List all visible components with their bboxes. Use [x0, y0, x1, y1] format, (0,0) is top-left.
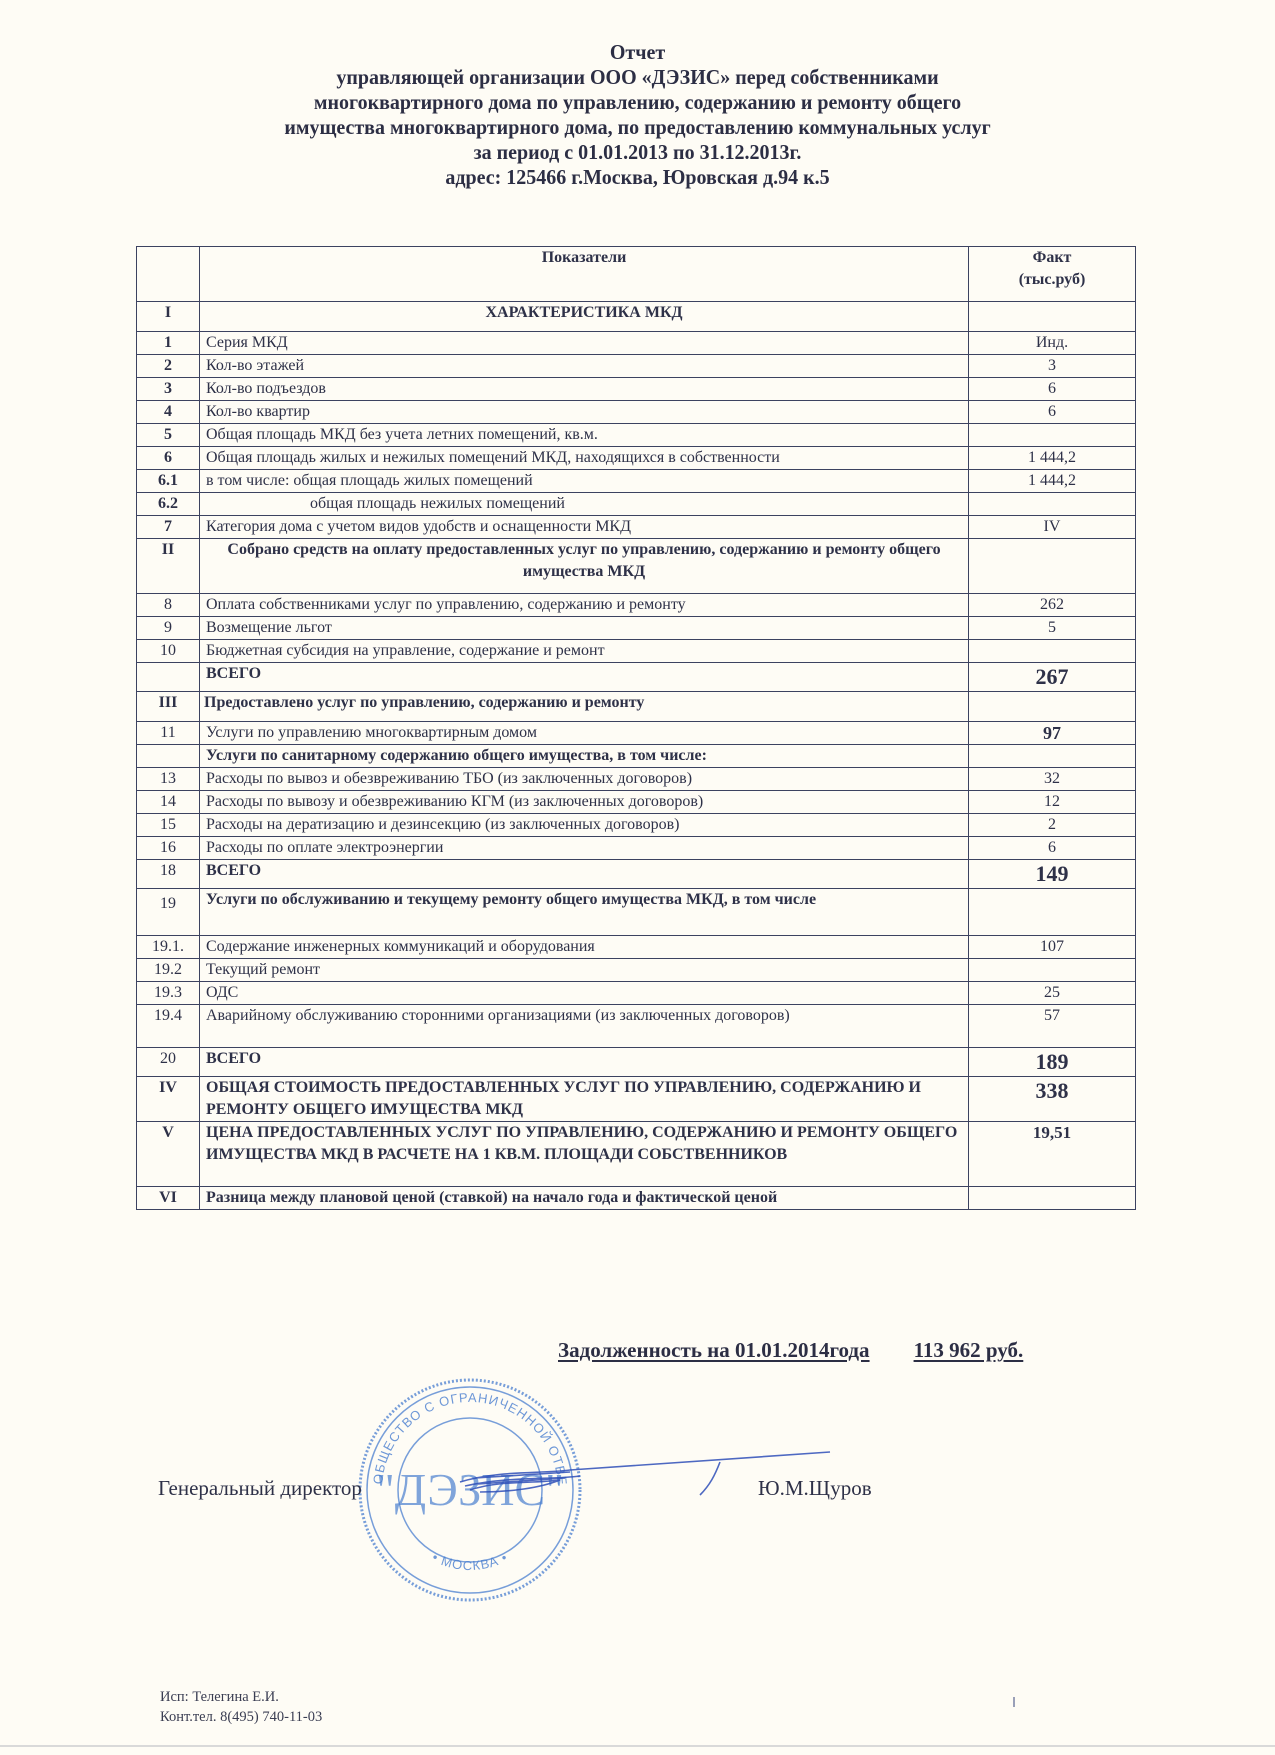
row-value: 57: [969, 1005, 1136, 1048]
row-indicator: Собрано средств на оплату предоставленны…: [200, 539, 969, 594]
row-number: 19: [137, 889, 200, 936]
row-number: 7: [137, 516, 200, 539]
scan-edge: [0, 1745, 1275, 1747]
row-indicator: Расходы на дератизацию и дезинсекцию (из…: [200, 814, 969, 837]
row-indicator: Услуги по управлению многоквартирным дом…: [200, 722, 969, 745]
row-indicator: Серия МКД: [200, 332, 969, 355]
footer-contacts: Исп: Телегина Е.И. Конт.тел. 8(495) 740-…: [160, 1687, 322, 1727]
row-indicator: ХАРАКТЕРИСТИКА МКД: [200, 302, 969, 332]
row-value: 6: [969, 837, 1136, 860]
table-body: IХАРАКТЕРИСТИКА МКД1Серия МКДИнд.2Кол-во…: [137, 302, 1136, 1210]
row-number: 19.3: [137, 982, 200, 1005]
table-row: 9Возмещение льгот5: [137, 617, 1136, 640]
header-indicators: Показатели: [200, 247, 969, 302]
row-indicator: ЦЕНА ПРЕДОСТАВЛЕННЫХ УСЛУГ ПО УПРАВЛЕНИЮ…: [200, 1122, 969, 1187]
report-table: Показатели Факт (тыс.руб) IХАРАКТЕРИСТИК…: [136, 246, 1136, 1210]
table-row: 7Категория дома с учетом видов удобств и…: [137, 516, 1136, 539]
row-indicator: Общая площадь МКД без учета летних помещ…: [200, 424, 969, 447]
row-number: 16: [137, 837, 200, 860]
row-indicator: Кол-во этажей: [200, 355, 969, 378]
row-number: 19.1.: [137, 936, 200, 959]
table-row: 10Бюджетная субсидия на управление, соде…: [137, 640, 1136, 663]
row-number: III: [137, 692, 200, 722]
table-row: 19.2Текущий ремонт: [137, 959, 1136, 982]
table-row: 5Общая площадь МКД без учета летних поме…: [137, 424, 1136, 447]
table-row: 3Кол-во подъездов6: [137, 378, 1136, 401]
svg-text:• МОСКВА •: • МОСКВА •: [430, 1549, 511, 1573]
row-indicator: ОДС: [200, 982, 969, 1005]
table-header: Показатели Факт (тыс.руб): [137, 247, 1136, 302]
contact-phone: Конт.тел. 8(495) 740-11-03: [160, 1707, 322, 1727]
table-row: 6.2общая площадь нежилых помещений: [137, 493, 1136, 516]
title-line: имущества многоквартирного дома, по пред…: [175, 115, 1100, 140]
row-value: [969, 424, 1136, 447]
row-indicator: общая площадь нежилых помещений: [200, 493, 969, 516]
row-indicator: Категория дома с учетом видов удобств и …: [200, 516, 969, 539]
title-line: управляющей организации ООО «ДЭЗИС» пере…: [175, 65, 1100, 90]
table-row: 19Услуги по обслуживанию и текущему ремо…: [137, 889, 1136, 936]
debt-amount: 113 962 руб.: [914, 1338, 1024, 1362]
row-indicator: Услуги по обслуживанию и текущему ремонт…: [200, 889, 969, 936]
row-number: 6.2: [137, 493, 200, 516]
table-row: 14Расходы по вывозу и обезвреживанию КГМ…: [137, 791, 1136, 814]
row-value: [969, 692, 1136, 722]
table-row: VЦЕНА ПРЕДОСТАВЛЕННЫХ УСЛУГ ПО УПРАВЛЕНИ…: [137, 1122, 1136, 1187]
row-indicator: Текущий ремонт: [200, 959, 969, 982]
row-indicator: Кол-во подъездов: [200, 378, 969, 401]
row-number: 9: [137, 617, 200, 640]
row-indicator: Разница между плановой ценой (ставкой) н…: [200, 1187, 969, 1210]
row-number: VI: [137, 1187, 200, 1210]
row-indicator: Кол-во квартир: [200, 401, 969, 424]
row-value: 12: [969, 791, 1136, 814]
table-row: 19.3ОДС25: [137, 982, 1136, 1005]
row-number: 6: [137, 447, 200, 470]
row-indicator: ВСЕГО: [200, 860, 969, 889]
table-row: 16Расходы по оплате электроэнергии6: [137, 837, 1136, 860]
header-num: [137, 247, 200, 302]
row-number: V: [137, 1122, 200, 1187]
table-row: 19.4Аварийному обслуживанию сторонними о…: [137, 1005, 1136, 1048]
row-indicator: ВСЕГО: [200, 663, 969, 692]
row-number: 11: [137, 722, 200, 745]
table-row: 1Серия МКДИнд.: [137, 332, 1136, 355]
signatory-role: Генеральный директор: [158, 1476, 362, 1501]
row-value: [969, 539, 1136, 594]
row-indicator: Расходы по оплате электроэнергии: [200, 837, 969, 860]
row-value: 149: [969, 860, 1136, 889]
row-value: [969, 1187, 1136, 1210]
row-number: 15: [137, 814, 200, 837]
table-row: 6Общая площадь жилых и нежилых помещений…: [137, 447, 1136, 470]
executor: Исп: Телегина Е.И.: [160, 1687, 322, 1707]
row-number: 8: [137, 594, 200, 617]
row-value: [969, 640, 1136, 663]
header-fact: Факт (тыс.руб): [969, 247, 1136, 302]
table-row: ВСЕГО267: [137, 663, 1136, 692]
table-row: 4Кол-во квартир6: [137, 401, 1136, 424]
row-value: 25: [969, 982, 1136, 1005]
row-value: 267: [969, 663, 1136, 692]
row-indicator: ВСЕГО: [200, 1048, 969, 1077]
table-row: 11Услуги по управлению многоквартирным д…: [137, 722, 1136, 745]
row-indicator: ОБЩАЯ СТОИМОСТЬ ПРЕДОСТАВЛЕННЫХ УСЛУГ ПО…: [200, 1077, 969, 1122]
row-number: 1: [137, 332, 200, 355]
row-value: 6: [969, 378, 1136, 401]
row-value: 5: [969, 617, 1136, 640]
row-value: 1 444,2: [969, 470, 1136, 493]
title-line: многоквартирного дома по управлению, сод…: [175, 90, 1100, 115]
row-value: 32: [969, 768, 1136, 791]
row-value: [969, 302, 1136, 332]
row-indicator: Предоставлено услуг по управлению, содер…: [200, 692, 969, 722]
table-row: Услуги по санитарному содержанию общего …: [137, 745, 1136, 768]
row-indicator: Содержание инженерных коммуникаций и обо…: [200, 936, 969, 959]
debt-line: Задолженность на 01.01.2014года113 962 р…: [558, 1338, 1023, 1363]
table-row: 15Расходы на дератизацию и дезинсекцию (…: [137, 814, 1136, 837]
table-row: 19.1.Содержание инженерных коммуникаций …: [137, 936, 1136, 959]
row-number: 5: [137, 424, 200, 447]
report-title: Отчет управляющей организации ООО «ДЭЗИС…: [175, 40, 1100, 190]
signatory-name: Ю.М.Щуров: [758, 1476, 872, 1501]
row-number: IV: [137, 1077, 200, 1122]
row-indicator: Общая площадь жилых и нежилых помещений …: [200, 447, 969, 470]
row-value: 19,51: [969, 1122, 1136, 1187]
row-value: [969, 493, 1136, 516]
row-number: 18: [137, 860, 200, 889]
row-value: Инд.: [969, 332, 1136, 355]
row-value: [969, 889, 1136, 936]
title-line: за период с 01.01.2013 по 31.12.2013г.: [175, 140, 1100, 165]
row-number: 6.1: [137, 470, 200, 493]
table-row: IIIПредоставлено услуг по управлению, со…: [137, 692, 1136, 722]
row-number: [137, 663, 200, 692]
row-number: 2: [137, 355, 200, 378]
debt-label: Задолженность на 01.01.2014года: [558, 1338, 870, 1362]
row-value: 338: [969, 1077, 1136, 1122]
table-row: IХАРАКТЕРИСТИКА МКД: [137, 302, 1136, 332]
row-value: [969, 959, 1136, 982]
table-row: 13Расходы по вывоз и обезвреживанию ТБО …: [137, 768, 1136, 791]
row-value: [969, 745, 1136, 768]
row-value: 107: [969, 936, 1136, 959]
row-value: 262: [969, 594, 1136, 617]
row-value: 189: [969, 1048, 1136, 1077]
row-value: 97: [969, 722, 1136, 745]
row-number: 19.4: [137, 1005, 200, 1048]
row-indicator: Возмещение льгот: [200, 617, 969, 640]
row-number: [137, 745, 200, 768]
title-line: адрес: 125466 г.Москва, Юровская д.94 к.…: [175, 165, 1100, 190]
table-row: IVОБЩАЯ СТОИМОСТЬ ПРЕДОСТАВЛЕННЫХ УСЛУГ …: [137, 1077, 1136, 1122]
row-indicator: Бюджетная субсидия на управление, содерж…: [200, 640, 969, 663]
row-indicator: Оплата собственниками услуг по управлени…: [200, 594, 969, 617]
row-number: I: [137, 302, 200, 332]
table-row: 20ВСЕГО189: [137, 1048, 1136, 1077]
row-value: 2: [969, 814, 1136, 837]
row-number: 3: [137, 378, 200, 401]
table-row: 6.1в том числе: общая площадь жилых поме…: [137, 470, 1136, 493]
table-row: IIСобрано средств на оплату предоставлен…: [137, 539, 1136, 594]
row-indicator: Услуги по санитарному содержанию общего …: [200, 745, 969, 768]
row-value: 3: [969, 355, 1136, 378]
row-number: 20: [137, 1048, 200, 1077]
table-row: 2Кол-во этажей3: [137, 355, 1136, 378]
row-value: IV: [969, 516, 1136, 539]
scan-speck: [1013, 1697, 1015, 1707]
row-value: 1 444,2: [969, 447, 1136, 470]
row-number: II: [137, 539, 200, 594]
row-number: 19.2: [137, 959, 200, 982]
row-number: 14: [137, 791, 200, 814]
row-indicator: Расходы по вывоз и обезвреживанию ТБО (и…: [200, 768, 969, 791]
table-row: VIРазница между плановой ценой (ставкой)…: [137, 1187, 1136, 1210]
row-number: 10: [137, 640, 200, 663]
table-row: 18ВСЕГО149: [137, 860, 1136, 889]
table-row: 8Оплата собственниками услуг по управлен…: [137, 594, 1136, 617]
row-number: 4: [137, 401, 200, 424]
row-indicator: в том числе: общая площадь жилых помещен…: [200, 470, 969, 493]
row-number: 13: [137, 768, 200, 791]
row-indicator: Аварийному обслуживанию сторонними орган…: [200, 1005, 969, 1048]
row-value: 6: [969, 401, 1136, 424]
row-indicator: Расходы по вывозу и обезвреживанию КГМ (…: [200, 791, 969, 814]
title-line: Отчет: [175, 40, 1100, 65]
